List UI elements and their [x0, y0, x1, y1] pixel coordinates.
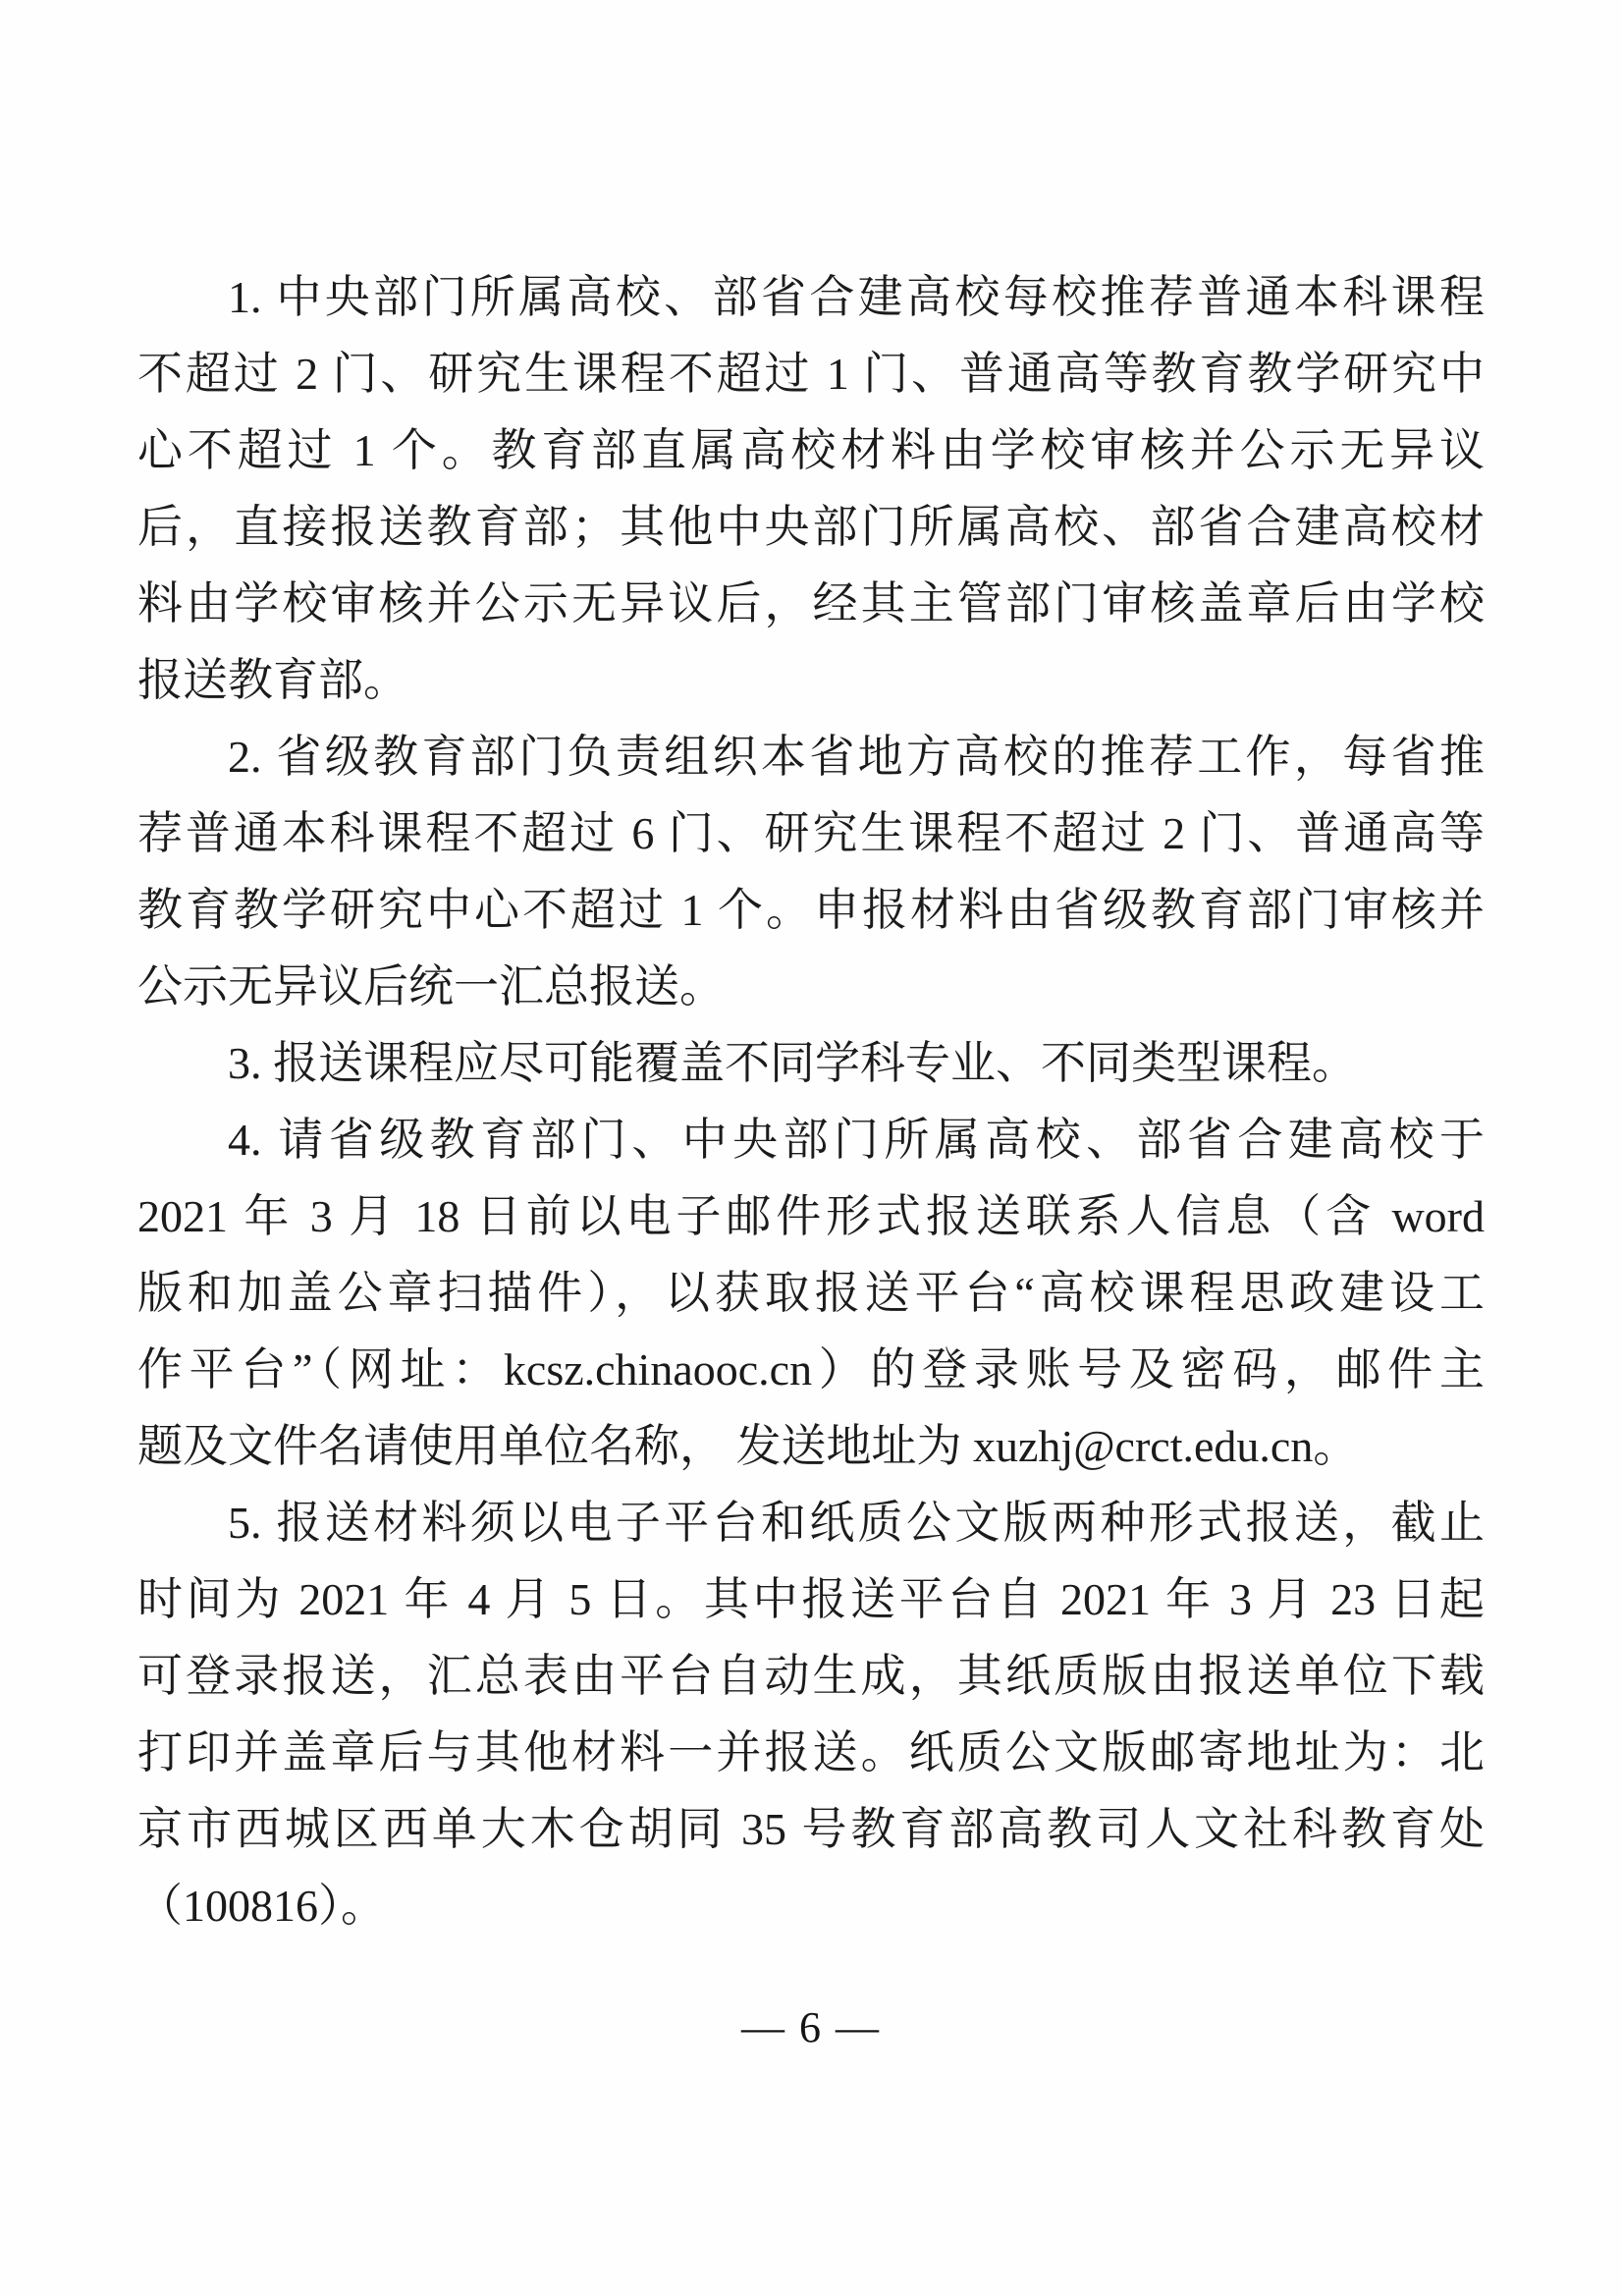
paragraph-2: 2. 省级教育部门负责组织本省地方高校的推荐工作，每省推 荐普通本科课程不超过 …: [137, 719, 1485, 1025]
paragraph-1: 1. 中央部门所属高校、部省合建高校每校推荐普通本科课程 不超过 2 门、研究生…: [137, 259, 1485, 719]
doc-line: 版和加盖公章扫描件），以获取报送平台“高校课程思政建设工: [137, 1255, 1485, 1332]
doc-line: 3. 报送课程应尽可能覆盖不同学科专业、不同类型课程。: [137, 1025, 1485, 1102]
doc-line: 2021 年 3 月 18 日前以电子邮件形式报送联系人信息（含 word: [137, 1178, 1485, 1255]
document-page: 1. 中央部门所属高校、部省合建高校每校推荐普通本科课程 不超过 2 门、研究生…: [0, 0, 1622, 2296]
doc-line: 心不超过 1 个。教育部直属高校材料由学校审核并公示无异议: [137, 412, 1485, 489]
doc-line: 后，直接报送教育部；其他中央部门所属高校、部省合建高校材: [137, 489, 1485, 566]
doc-line: 作平台”（网址：kcsz.chinaooc.cn）的登录账号及密码，邮件主: [137, 1332, 1485, 1408]
paragraph-4: 4. 请省级教育部门、中央部门所属高校、部省合建高校于 2021 年 3 月 1…: [137, 1102, 1485, 1485]
paragraph-5: 5. 报送材料须以电子平台和纸质公文版两种形式报送，截止 时间为 2021 年 …: [137, 1485, 1485, 1944]
paragraph-3: 3. 报送课程应尽可能覆盖不同学科专业、不同类型课程。: [137, 1025, 1485, 1102]
doc-line: 打印并盖章后与其他材料一并报送。纸质公文版邮寄地址为：北: [137, 1715, 1485, 1791]
document-body: 1. 中央部门所属高校、部省合建高校每校推荐普通本科课程 不超过 2 门、研究生…: [137, 259, 1485, 1944]
doc-line: 公示无异议后统一汇总报送。: [137, 949, 1485, 1025]
doc-line: 时间为 2021 年 4 月 5 日。其中报送平台自 2021 年 3 月 23…: [137, 1561, 1485, 1638]
doc-line: 不超过 2 门、研究生课程不超过 1 门、普通高等教育教学研究中: [137, 336, 1485, 412]
doc-line: 京市西城区西单大木仓胡同 35 号教育部高教司人文社科教育处: [137, 1791, 1485, 1868]
page-number: — 6 —: [0, 1995, 1622, 2061]
doc-line: 4. 请省级教育部门、中央部门所属高校、部省合建高校于: [137, 1102, 1485, 1178]
doc-line: 荐普通本科课程不超过 6 门、研究生课程不超过 2 门、普通高等: [137, 795, 1485, 872]
doc-line: 1. 中央部门所属高校、部省合建高校每校推荐普通本科课程: [137, 259, 1485, 336]
doc-line: 料由学校审核并公示无异议后，经其主管部门审核盖章后由学校: [137, 566, 1485, 642]
doc-line: 教育教学研究中心不超过 1 个。申报材料由省级教育部门审核并: [137, 872, 1485, 949]
doc-line: 题及文件名请使用单位名称， 发送地址为 xuzhj@crct.edu.cn。: [137, 1408, 1485, 1485]
doc-line: 报送教育部。: [137, 642, 1485, 719]
doc-line: 5. 报送材料须以电子平台和纸质公文版两种形式报送，截止: [137, 1485, 1485, 1561]
doc-line: 2. 省级教育部门负责组织本省地方高校的推荐工作，每省推: [137, 719, 1485, 795]
doc-line: （100816）。: [137, 1868, 1485, 1944]
doc-line: 可登录报送，汇总表由平台自动生成，其纸质版由报送单位下载: [137, 1638, 1485, 1715]
